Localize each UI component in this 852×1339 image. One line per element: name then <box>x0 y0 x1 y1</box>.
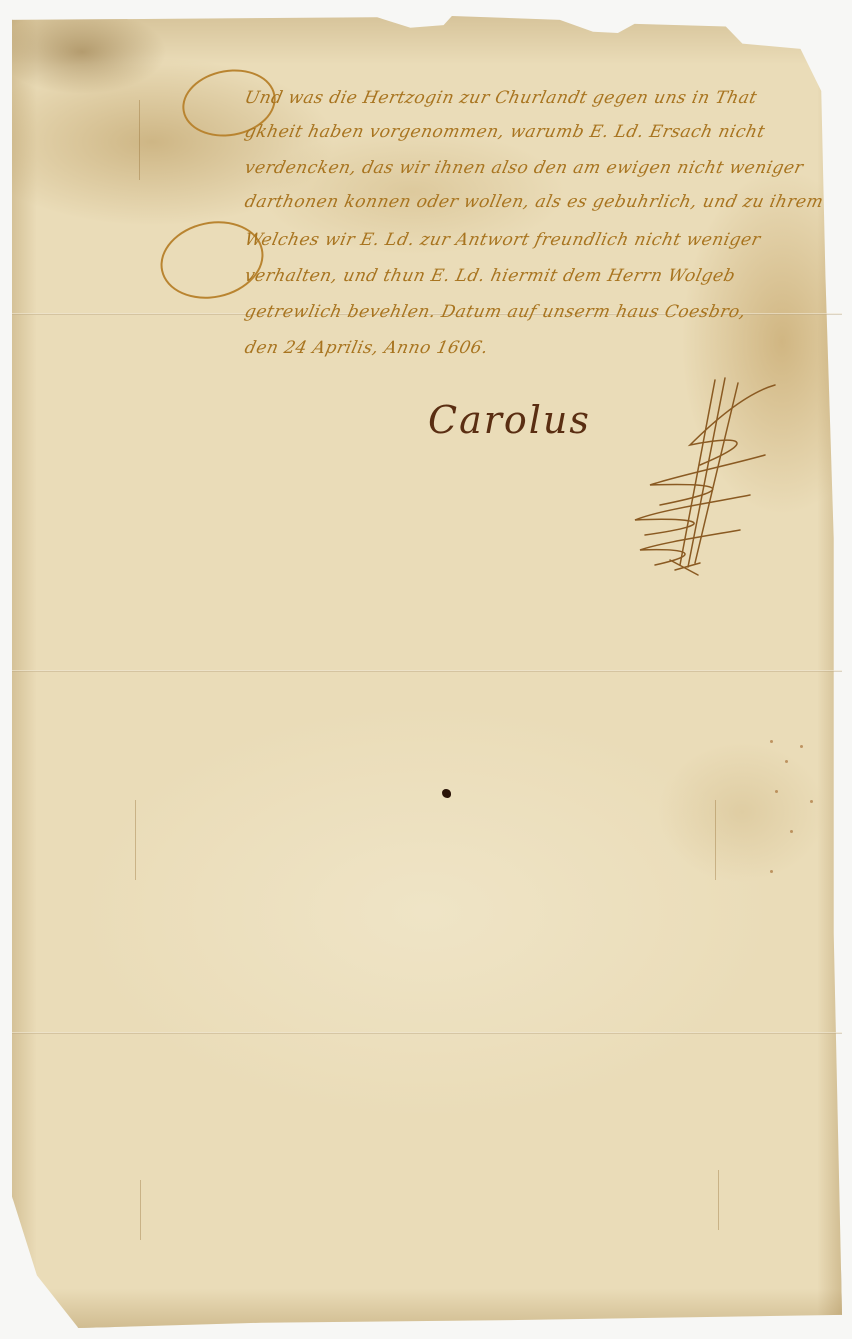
letter-line: gkheit haben vorgenommen, warumb E. Ld. … <box>243 122 767 142</box>
letter-date: den 24 Aprilis, Anno 1606. <box>243 338 490 358</box>
foxing-spot <box>770 740 773 743</box>
crease-mark <box>140 1180 141 1240</box>
signature-paraph <box>620 375 790 585</box>
letter-line: darthonen konnen oder wollen, als es geb… <box>243 192 825 212</box>
crease-mark <box>135 800 136 880</box>
ink-blot <box>442 789 451 798</box>
foxing-spot <box>800 745 803 748</box>
crease-mark <box>139 100 140 180</box>
fold-line-middle <box>12 670 842 672</box>
letter-line: Welches wir E. Ld. zur Antwort freundlic… <box>243 230 763 250</box>
foxing-spot <box>770 870 773 873</box>
letter-line: verhalten, und thun E. Ld. hiermit dem H… <box>243 266 737 286</box>
signature: Carolus <box>428 398 591 442</box>
crease-mark <box>715 800 716 880</box>
letter-line: getrewlich bevehlen. Datum auf unserm ha… <box>243 302 748 322</box>
fold-line-lower <box>12 1032 842 1034</box>
crease-mark <box>718 1170 719 1230</box>
letter-line: verdencken, das wir ihnen also den am ew… <box>243 158 805 178</box>
foxing-spot <box>810 800 813 803</box>
foxing-spot <box>790 830 793 833</box>
foxing-spot <box>785 760 788 763</box>
letter-line: Und was die Hertzogin zur Churlandt gege… <box>243 88 759 108</box>
foxing-spot <box>775 790 778 793</box>
